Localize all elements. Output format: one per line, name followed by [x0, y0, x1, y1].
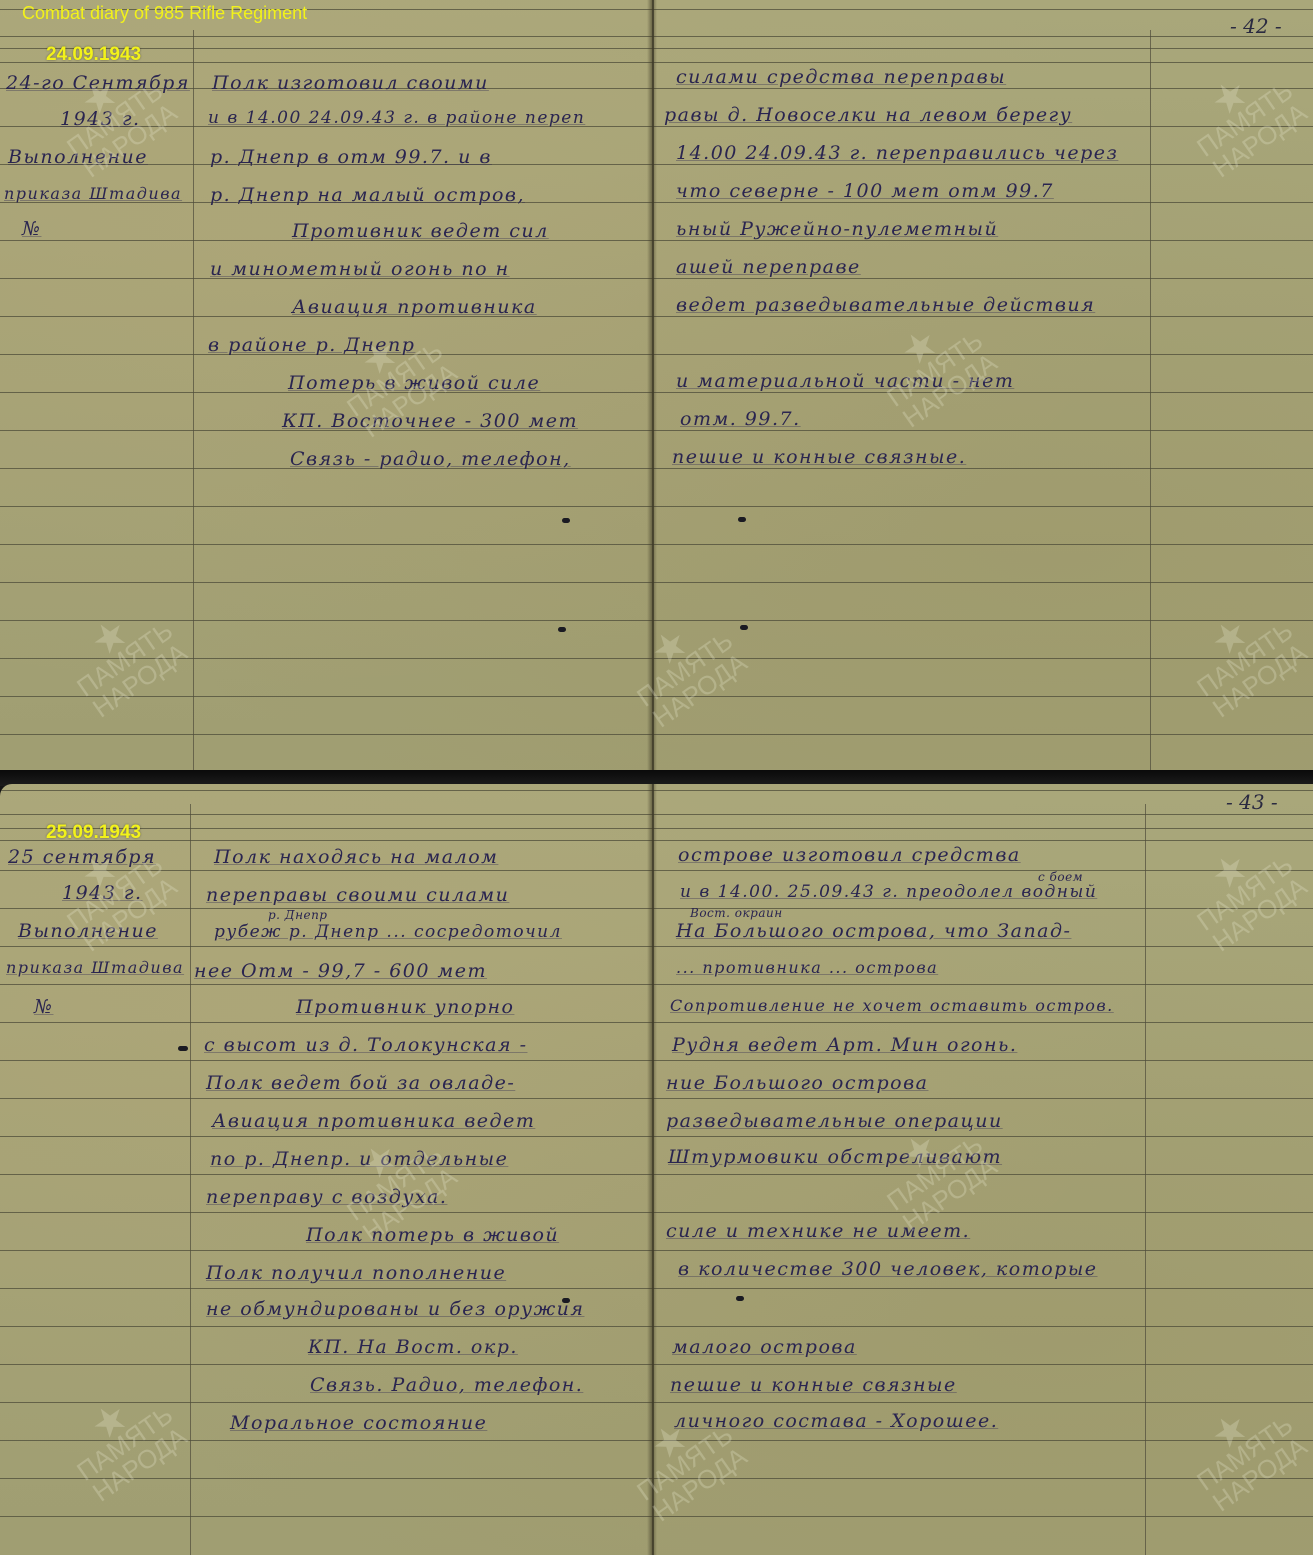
ink-blot	[738, 517, 746, 522]
entry-line: Полк находясь на малом	[214, 846, 498, 868]
date-label: 25.09.1943	[46, 822, 141, 844]
entry-line: личного состава - Хорошее.	[674, 1410, 998, 1432]
entry-line: Связь. Радио, телефон.	[310, 1374, 583, 1396]
margin-column-line	[193, 30, 194, 772]
entry-line: переправу с воздуха.	[206, 1186, 447, 1208]
margin-order-source: приказа Штадива	[4, 184, 182, 203]
entry-line: Сопротивление не хочет оставить остров.	[670, 996, 1114, 1015]
star-icon: ★	[58, 1380, 163, 1464]
margin-order-source: приказа Штадива	[6, 958, 184, 977]
margin-number-sign: №	[34, 996, 53, 1018]
entry-line: Полк ведет бой за овладе-	[206, 1072, 515, 1094]
watermark: ★ПАМЯТЬНАРОДА	[1178, 830, 1312, 957]
diary-page-43: - 43 - 25.09.1943 25 сентября 1943 г. Вы…	[0, 784, 1313, 1555]
entry-line: ние Большого острова	[666, 1072, 928, 1094]
entry-line: Штурмовики обстреливают	[668, 1146, 1002, 1168]
entry-line: Авиация противника	[292, 296, 537, 318]
star-icon: ★	[1178, 596, 1283, 680]
date-label: 24.09.1943	[46, 44, 141, 66]
entry-line: На Большого острова, что Запад-	[676, 920, 1071, 942]
entry-line: рубеж р. Днепр ... сосредоточил	[214, 922, 562, 942]
entry-line: Полк изготовил своими	[212, 72, 489, 94]
entry-line: по р. Днепр. и отдельные	[210, 1148, 508, 1170]
entry-line: острове изготовил средства	[678, 844, 1021, 866]
entry-line: Рудня ведет Арт. Мин огонь.	[672, 1034, 1017, 1056]
entry-line: не обмундированы и без оружия	[206, 1298, 584, 1320]
entry-line: и в 14.00 24.09.43 г. в районе переп	[208, 108, 585, 128]
watermark: ★ПАМЯТЬНАРОДА	[618, 606, 752, 733]
entry-line: Потерь в живой силе	[288, 372, 540, 394]
entry-line: Противник упорно	[296, 996, 514, 1018]
insertion-note: Вост. окраин	[690, 906, 783, 920]
right-column-line	[1145, 804, 1146, 1555]
entry-line: р. Днепр в отм 99.7. и в	[210, 146, 492, 168]
page-number: - 43 -	[1226, 790, 1278, 814]
ink-blot	[558, 627, 566, 632]
margin-number-sign: №	[22, 218, 41, 240]
ink-blot	[562, 518, 570, 523]
entry-line: равы д. Новоселки на левом берегу	[664, 104, 1072, 126]
entry-line: ашей переправе	[676, 256, 861, 278]
entry-line: Полк потерь в живой	[306, 1224, 559, 1246]
margin-year: 1943 г.	[60, 108, 141, 130]
entry-line: и в 14.00. 25.09.43 г. преодолел водный	[680, 882, 1097, 902]
star-icon: ★	[1178, 830, 1283, 914]
entry-line: с высот из д. Толокунская -	[204, 1034, 528, 1056]
entry-line: р. Днепр на малый остров,	[210, 184, 525, 206]
margin-year: 1943 г.	[62, 882, 143, 904]
star-icon: ★	[58, 596, 163, 680]
star-icon: ★	[618, 606, 723, 690]
right-column-line	[1150, 30, 1151, 772]
entry-line: ведет разведывательные действия	[676, 294, 1095, 316]
entry-line: и минометный огонь по н	[210, 258, 510, 280]
page-number: - 42 -	[1230, 14, 1282, 38]
margin-order-label: Выполнение	[18, 920, 158, 942]
watermark: ★ПАМЯТЬНАРОДА	[58, 1380, 192, 1507]
margin-column-line	[190, 804, 191, 1555]
ink-blot	[562, 1298, 570, 1303]
entry-line: силе и технике не имеет.	[666, 1220, 970, 1242]
entry-line: в районе р. Днепр	[208, 334, 415, 356]
diary-page-42: - 42 - 24.09.1943 24-го Сентября 1943 г.…	[0, 0, 1313, 772]
watermark: ★ПАМЯТЬНАРОДА	[1178, 1390, 1312, 1517]
entry-line: ... противника ... острова	[676, 958, 938, 977]
margin-date: 25 сентября	[8, 846, 156, 868]
entry-line: отм. 99.7.	[680, 408, 801, 430]
book-fold-line	[652, 784, 654, 1555]
entry-line: пешие и конные связные.	[672, 446, 966, 468]
entry-line: разведывательные операции	[666, 1110, 1003, 1132]
entry-line: ьный Ружейно-пулеметный	[676, 218, 998, 240]
ink-blot	[740, 625, 748, 630]
entry-line: и материальной части - нет	[676, 370, 1014, 392]
entry-line: пешие и конные связные	[670, 1374, 957, 1396]
entry-line: Авиация противника ведет	[212, 1110, 535, 1132]
entry-line: в количестве 300 человек, которые	[678, 1258, 1098, 1280]
margin-order-label: Выполнение	[8, 146, 148, 168]
ink-blot	[736, 1296, 744, 1301]
entry-line: переправы своими силами	[206, 884, 509, 906]
entry-line: КП. На Вост. окр.	[308, 1336, 518, 1358]
ink-mark	[178, 1046, 188, 1051]
watermark: ★ПАМЯТЬНАРОДА	[868, 306, 1002, 433]
entry-line: КП. Восточнее - 300 мет	[282, 410, 578, 432]
insertion-note: р. Днепр	[268, 908, 327, 922]
entry-line: малого острова	[672, 1336, 857, 1358]
entry-line: Связь - радио, телефон,	[290, 448, 571, 470]
entry-line: Полк получил пополнение	[206, 1262, 506, 1284]
entry-line: что северне - 100 мет отм 99.7	[676, 180, 1054, 202]
entry-line: силами средства переправы	[676, 66, 1006, 88]
margin-date: 24-го Сентября	[6, 72, 190, 94]
book-fold-line	[652, 0, 654, 772]
entry-line: 14.00 24.09.43 г. переправились через	[676, 142, 1118, 164]
entry-line: Противник ведет сил	[292, 220, 549, 242]
document-title: Combat diary of 985 Rifle Regiment	[22, 3, 307, 24]
watermark: ★ПАМЯТЬНАРОДА	[1178, 596, 1312, 723]
entry-line: нее Отм - 99,7 - 600 мет	[194, 960, 487, 982]
entry-line: Моральное состояние	[230, 1412, 487, 1434]
watermark: ★ПАМЯТЬНАРОДА	[58, 596, 192, 723]
star-icon: ★	[1178, 56, 1283, 140]
